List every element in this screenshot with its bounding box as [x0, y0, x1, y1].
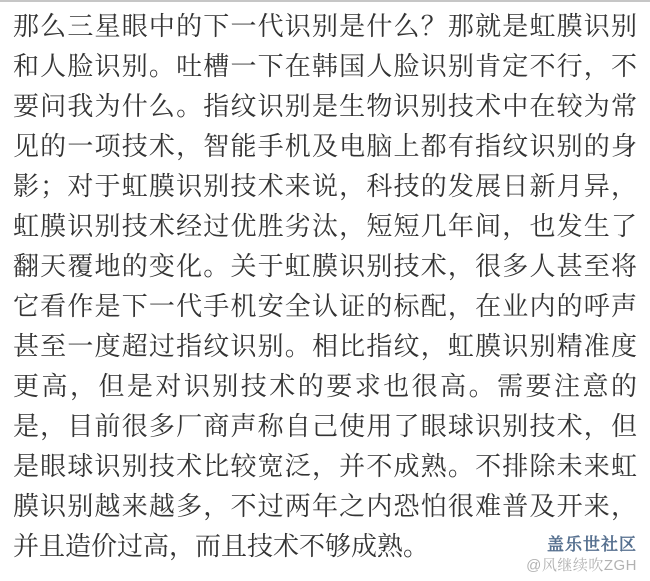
watermark-username: @风继续吹ZGH: [526, 556, 637, 576]
article-text-line: 见的一项技术，智能手机及电脑上都有指纹识别的身: [13, 126, 637, 166]
article-text-line: 更高，但是对识别技术的要求也很高。需要注意的: [13, 366, 637, 406]
article-text-line: 膜识别越来越多，不过两年之内恐怕很难普及开来，: [13, 486, 637, 526]
watermark: 盖乐世社区 @风继续吹ZGH: [526, 534, 637, 576]
article-text-block: 那么三星眼中的下一代识别是什么？那就是虹膜识别 和人脸识别。吐槽一下在韩国人脸识…: [13, 6, 637, 566]
article-text-line: 虹膜识别技术经过优胜劣汰，短短几年间，也发生了: [13, 206, 637, 246]
article-text-line: 要问我为什么。指纹识别是生物识别技术中在较为常: [13, 86, 637, 126]
article-text-line: 是，目前很多厂商声称自己使用了眼球识别技术，但: [13, 406, 637, 446]
article-text-line: 是眼球识别技术比较宽泛，并不成熟。不排除未来虹: [13, 446, 637, 486]
article-page: 那么三星眼中的下一代识别是什么？那就是虹膜识别 和人脸识别。吐槽一下在韩国人脸识…: [0, 0, 650, 581]
article-text-line: 翻天覆地的变化。关于虹膜识别技术，很多人甚至将: [13, 246, 637, 286]
article-text-line: 甚至一度超过指纹识别。相比指纹，虹膜识别精准度: [13, 326, 637, 366]
article-text-line: 它看作是下一代手机安全认证的标配，在业内的呼声: [13, 286, 637, 326]
article-text-line: 和人脸识别。吐槽一下在韩国人脸识别肯定不行，不: [13, 46, 637, 86]
article-text-line: 那么三星眼中的下一代识别是什么？那就是虹膜识别: [13, 6, 637, 46]
top-divider: [0, 0, 650, 2]
watermark-community-label: 盖乐世社区: [526, 534, 637, 555]
article-text-line: 影；对于虹膜识别技术来说，科技的发展日新月异，: [13, 166, 637, 206]
